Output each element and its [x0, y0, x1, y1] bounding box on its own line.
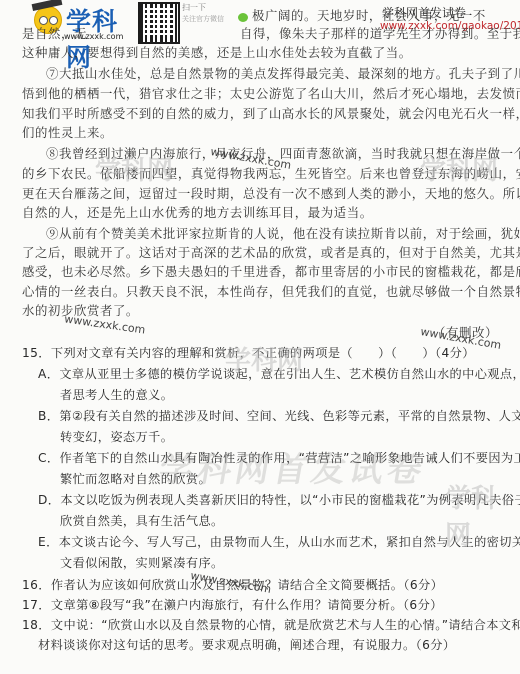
passage-line: 们的性灵上来。 [22, 125, 510, 140]
exam-page: 学科网 www.zxxk.com 扫一下 关注官方微信 学科网首发试卷 www.… [0, 0, 520, 674]
passage-line-tail: 极广阔的。天地岁时，社会人事，无一不 [252, 8, 510, 23]
passage-line: 感受，也未必尽然。乡下愚夫愚妇的千里进香，都市里寄居的小市民的窗槛栽花，都是欣赏… [22, 264, 510, 279]
passage-line: 了之后，眼就开了。这话对于高深的艺术品的欣赏，或者是真的，但对于自然美，尤其是山… [22, 245, 510, 260]
option-b: B．第②段有关自然的描述涉及时间、空间、光线、色彩等元素，平常的自然景物、人文景… [38, 409, 510, 424]
passage-line: 自然的人，还是先上山水优秀的地方去训练耳目，最为适当。 [22, 205, 510, 220]
question-18-cont: 材料谈谈你对这句话的思考。要求观点明确，阐述合理，有说服力。（6分） [38, 638, 510, 653]
option-d-cont: 欣赏自然美，具有生活气息。 [60, 514, 510, 529]
option-d: D．本文以吃饭为例表现人类喜新厌旧的特性，以“小市民的窗槛栽花”为例表明凡夫俗子… [38, 493, 510, 508]
question-17: 17．文章第⑧段写“我”在濑户内海旅行，有什么作用？请简要分析。（6分） [22, 598, 510, 613]
passage-line: 的乡下农民。依船楼而四望，真觉得物我两忘，生死皆空。后来也曾登过东海的崂山，安徽… [22, 166, 510, 181]
option-a-cont: 者思考人生的意义。 [60, 388, 510, 403]
passage-line-head: 是自然，无 [22, 26, 510, 41]
passage-line: ⑧我曾经到过濑户内海旅行，月夜行舟，四面青葱欲滴，当时我就只想在海岸做一个半渔半… [46, 146, 510, 161]
option-b-cont: 转变幻，姿态万千。 [60, 430, 510, 445]
passage-line: 这种庸人，要想得到自然的美感，还是上山水佳处去较为直截了当。 [22, 45, 510, 60]
passage-line: 知我们平时所感受不到的自然的威力，到了山高水长的风景聚处，就会闪电光石火一样，闪… [22, 106, 510, 121]
option-e: E．本文谈古论今、写人写己，由景物而人生，从山水而艺术，紧扣自然与人生的密切关系… [38, 535, 510, 550]
question-16: 16．作者认为应该如何欣赏山水及自然景物？请结合全文简要概括。（6分） [22, 578, 510, 593]
option-a: A．文章从亚里士多德的模仿学说谈起，意在引出人生、艺术模仿自然山水的中心观点，启… [38, 367, 510, 382]
passage-line: 悟到他的栖栖一代，猎官求仕之非；太史公游览了名山大川，然后才死心塌地，去发愤而著… [22, 86, 510, 101]
option-c-cont: 繁忙而忽略对自然的欣赏。 [60, 472, 510, 487]
question-15-stem: 15．下列对文章有关内容的理解和赏析，不正确的两项是（ ）（ ）（4分） [22, 346, 510, 361]
option-c: C．作者笔下的自然山水具有陶冶性灵的作用，“营营洁”之喻形象地告诫人们不要因为工… [38, 451, 510, 466]
passage-line: 心情的一丝表白。只教天良不泯，本性尚存，但凭我们的直觉，也就尽够做一个自然景物与… [22, 284, 510, 299]
source-note: （有删改） [433, 325, 498, 340]
passage-line: ⑦大抵山水佳处，总是自然景物的美点发挥得最完美、最深刻的地方。孔夫子到了川上，就… [46, 66, 510, 81]
passage-line: ⑨从前有个赞美美术批评家拉斯肯的人说，他在没有读拉斯肯以前，对于绘画，犹如瞎子，… [46, 226, 510, 241]
passage-line: 更在天台雁荡之间，逗留过一段时期，总没有一次不感到人类的渺小，天地的悠久。所以要… [22, 186, 510, 201]
option-e-cont: 文看似闲散，实则紧凑有序。 [60, 556, 510, 571]
question-18: 18．文中说：“欣赏山水以及自然景物的心情，就是欣赏艺术与人生的心情。”请结合本… [22, 618, 510, 633]
passage-line: 水的初步欣赏者了。 [22, 303, 510, 318]
